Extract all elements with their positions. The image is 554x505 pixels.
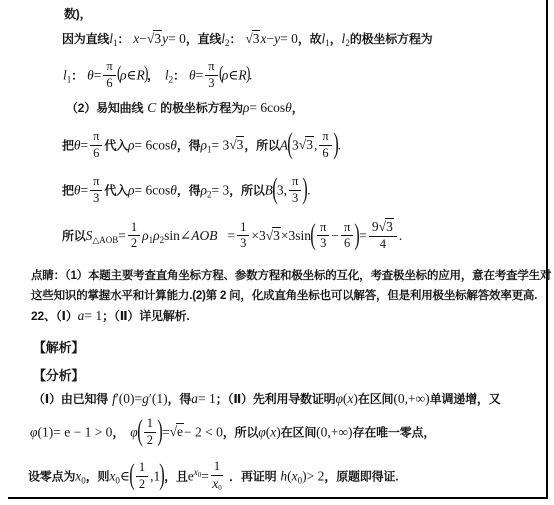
math-token: , [284,182,287,197]
math-token: > 2 [307,468,325,483]
math-token: a [191,391,198,406]
line-substitute-pi6: 把θ=π6代入ρ= 6cosθ，得ρ1= 3√3，所以A(3√3,π6). [62,130,341,161]
fraction: 9√34 [369,220,397,252]
fraction-numerator: 1 [237,221,249,237]
cjk-text: ： [173,68,185,82]
math-token: = [94,67,102,82]
fraction: 12 [128,221,140,252]
math-token: AOB [191,228,217,243]
math-token: 3 [292,137,299,152]
math-token: (1) [152,391,168,406]
cjk-text: 代入 [104,138,128,152]
math-token: 3 [259,228,266,243]
fraction-numerator: 1 [211,460,223,476]
math-token: θ [87,67,94,82]
cjk-text: ，原题即得证. [324,469,398,483]
math-token: = [162,424,170,439]
math-token: = 1 [198,391,216,406]
math-token: . [307,182,310,197]
sqrt-body: 3 [153,30,162,46]
fraction-denominator: 2 [131,236,137,251]
sqrt-body: 3 [272,227,281,243]
math-token: = 3 [211,137,229,152]
math-token: = 3 [211,182,229,197]
fraction-denominator: 6 [93,146,99,161]
fraction-denominator: 3 [208,76,214,91]
sqrt-expression: √3 [229,136,244,154]
math-token: = e − 1 > 0 [53,424,112,439]
math-token: = [196,67,204,82]
text-line-continuation: 数)， [64,5,91,22]
sqrt-body: e [176,423,184,439]
math-token: . [399,228,402,243]
math-token: 9 [372,219,379,234]
fraction: π3 [205,60,217,91]
section-label-jiexi: 【解析】 [33,337,84,356]
fraction: π6 [103,60,115,91]
section-label-fenxi: 【分析】 [33,365,84,384]
fraction-denominator: 6 [106,76,112,91]
document-page: 数)， 因为直线l1：x−√3y= 0，直线l2：√3x−y= 0，故l1，l2… [0,0,554,505]
fraction-denominator: x0 [212,476,222,493]
cjk-text: （Ⅰ）由已知得 [33,392,108,406]
cjk-text: ；（Ⅱ）详见解析. [102,309,189,323]
fraction-numerator: π [90,175,102,191]
fraction-denominator: 3 [240,236,246,251]
cjk-text: ，直线 [186,32,221,46]
math-token: θ [170,137,177,152]
cjk-text: ，所以 [229,183,264,197]
math-token: (0) [119,391,135,406]
cjk-text: ，得 [168,392,192,406]
fraction: π3 [90,175,102,206]
cjk-text: ；（Ⅱ）先利用导数证明 [216,392,336,406]
fraction-numerator: π [205,60,217,76]
cjk-text: ，故 [298,32,322,46]
fraction-denominator: 4 [380,237,386,252]
cjk-text: 存在唯一零点， [353,425,436,439]
math-token: × [251,228,259,243]
line-because-lines: 因为直线l1：x−√3y= 0，直线l2：√3x−y= 0，故l1，l2的极坐标… [62,30,432,48]
math-token: = 0 [280,31,298,46]
fraction: 13 [237,221,249,252]
fraction: π3 [289,175,301,206]
sqrt-expression: √3 [266,227,281,245]
math-token: − [139,31,147,46]
fraction-numerator: 1 [144,417,156,433]
cjk-text: 在区间 [281,425,316,439]
cjk-text: ： [117,32,129,46]
math-token: , [314,137,317,152]
math-token: θ [170,182,177,197]
math-token: (1) [37,424,53,439]
math-token: = [80,137,88,152]
fraction: π6 [341,221,353,252]
math-token: (0,+∞) [316,424,352,439]
math-token: − 2 < 0 [184,424,223,439]
fraction-numerator: 9√3 [369,220,397,237]
cjk-text: ， [147,68,159,82]
math-token: sin [164,228,180,243]
cjk-text: ，所以 [223,425,258,439]
math-token: = 6cos [134,182,170,197]
line-area-formula: 所以S△AOB=12ρ1ρ2sin∠AOB=13×3√3×3sin(π3−π6)… [62,220,402,252]
math-token: (0,+∞) [393,391,429,406]
fraction-numerator: π [103,60,115,76]
fraction-numerator: π [319,130,331,146]
fraction-denominator: 2 [139,477,145,492]
sqrt-expression: √3 [147,30,162,48]
math-token: g [142,391,149,406]
math-token: C [147,100,156,115]
math-token: φ [335,391,342,406]
fraction-numerator: 1 [128,221,140,237]
math-token: − [266,31,274,46]
table-border-right [546,0,548,499]
line-analysis-2: φ(1)= e − 1 > 0，φ(12)=√e− 2 < 0，所以φ(x)在区… [30,417,435,448]
cjk-text: 在区间 [358,392,393,406]
line-polar-equations: l1：θ=π6(ρ∈R)，l2：θ=π3(ρ∈R). [63,60,252,91]
math-token: = 1 [84,308,102,323]
math-token: × [281,228,289,243]
sqrt-body: 3 [305,136,314,152]
math-token: ∠ [180,228,191,243]
cjk-text: ，得 [177,183,201,197]
cjk-text: 22、（Ⅰ） [31,309,78,323]
cjk-text: 代入 [104,183,128,197]
line-curve-c: （2）易知曲线C的极坐标方程为ρ= 6cosθ， [66,99,304,117]
fraction: 1x0 [211,460,223,492]
fraction-numerator: π [90,130,102,146]
math-token: ∈ [126,67,136,82]
math-token: − [331,228,339,243]
math-token: = 6cos [134,137,170,152]
cjk-text: 的极坐标方程为 [160,101,243,115]
fraction: π6 [90,130,102,161]
sqrt-expression: √3 [299,136,314,154]
cjk-text: 把 [62,138,74,152]
math-token: = [201,468,209,483]
cjk-text: （2）易知曲线 [66,101,143,115]
math-token: θ [285,100,292,115]
fraction-numerator: π [317,221,329,237]
math-token: ∈ [228,67,238,82]
cjk-text: ， [112,425,124,439]
math-token: = [359,228,367,243]
cjk-text: ，则 [86,469,110,483]
cjk-text: ： [71,68,83,82]
fraction: π6 [319,130,331,161]
cjk-text: ： [230,32,242,46]
math-token: θ [189,67,196,82]
line-analysis-1: （Ⅰ）由已知得f′(0)=g′(1)，得a= 1；（Ⅱ）先利用导数证明φ(x)在… [33,390,501,408]
sqrt-body: 3 [385,218,394,234]
cjk-text: 设零点为 [28,469,75,483]
line-analysis-3: 设零点为x0，则x0∈(12,1)，且ex0=1x0．再证明h(x0)> 2，原… [28,460,398,492]
key-note-line-2: 这些知识的掌握水平和计算能力.(2)第 2 问，化成直角坐标也可以解答，但是利用… [31,287,537,303]
fraction: 12 [136,461,148,492]
math-token: = 6cos [249,100,285,115]
subscript: △AOB [92,235,118,245]
math-token: = [118,228,126,243]
cjk-text: ，所以 [244,138,279,152]
sqrt-expression: √3 [245,30,260,48]
subscript: 0 [218,484,222,492]
cjk-text: ，得 [177,138,201,152]
line-substitute-pi3: 把θ=π3代入ρ= 6cosθ，得ρ2= 3，所以B(3,π3). [62,175,311,206]
sqrt-expression: √3 [379,220,394,235]
fraction-numerator: π [289,175,301,191]
fraction-numerator: 1 [136,461,148,477]
fraction-denominator: 3 [320,236,326,251]
fraction-denominator: 3 [292,191,298,206]
fraction: 12 [144,417,156,448]
math-token: 3 [277,182,284,197]
fraction-numerator: π [341,221,353,237]
math-token: = [227,228,235,243]
key-note-line-1: 点睛：（1）本题主要考查直角坐标方程、参数方程和极坐标的互化，考查极坐标的应用，… [31,267,551,283]
fraction-denominator: 3 [93,191,99,206]
cjk-text: 单调递增，又 [430,392,501,406]
fraction: π3 [317,221,329,252]
cjk-text: 的极坐标方程为 [350,32,433,46]
cjk-text: 把 [62,183,74,197]
cjk-text: 再证明 [241,469,276,483]
fraction-denominator: 6 [344,236,350,251]
math-token: = 0 [168,31,186,46]
sqrt-expression: √e [170,423,184,441]
math-token: = [80,182,88,197]
fraction-denominator: 2 [147,433,153,448]
fraction-denominator: 6 [322,146,328,161]
cjk-text: ， [330,32,342,46]
cjk-text: ． [229,469,241,483]
math-token: sin [295,228,311,243]
math-token: φ [258,424,265,439]
cjk-text: 因为直线 [62,32,109,46]
cjk-text: ， [292,101,304,115]
line-problem-22-answer: 22、（Ⅰ）a= 1；（Ⅱ）详见解析. [31,307,190,325]
table-border-bottom [8,497,548,499]
cjk-text: ，且 [164,469,188,483]
cjk-text: 所以 [62,229,86,243]
